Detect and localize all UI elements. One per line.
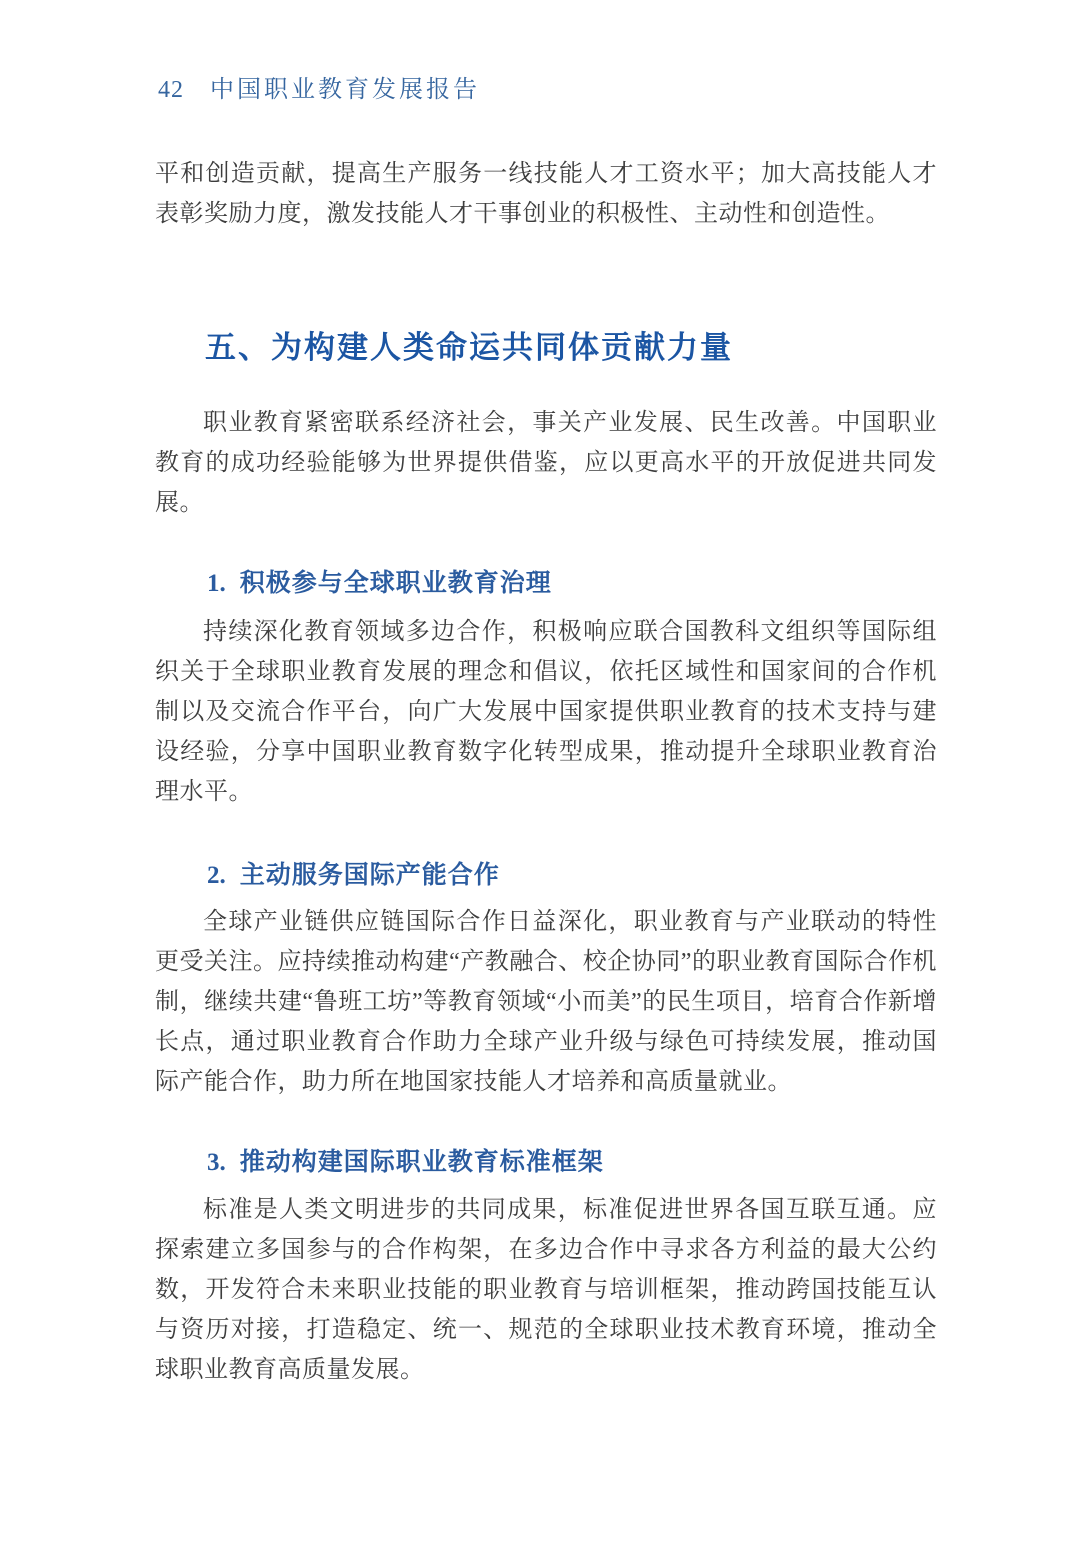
subsection-number-2: 2.: [207, 862, 226, 889]
running-head: 42 中国职业教育发展报告: [158, 76, 1080, 104]
subsection-heading-2: 2.主动服务国际产能合作: [207, 858, 937, 894]
document-page: 42 中国职业教育发展报告 平和创造贡献，提高生产服务一线技能人才工资水平；加大…: [0, 0, 1080, 1561]
subsection-body-2: 全球产业链供应链国际合作日益深化，职业教育与产业联动的特性更受关注。应持续推动构…: [155, 902, 937, 1102]
subsection-number-3: 3.: [207, 1149, 226, 1176]
subsection-title-2: 主动服务国际产能合作: [240, 862, 500, 889]
subsection-heading-1: 1.积极参与全球职业教育治理: [207, 566, 937, 602]
text-column: 平和创造贡献，提高生产服务一线技能人才工资水平；加大高技能人才表彰奖励力度，激发…: [155, 154, 937, 1390]
subsection-heading-3: 3.推动构建国际职业教育标准框架: [207, 1145, 937, 1181]
running-head-title: 中国职业教育发展报告: [210, 76, 480, 104]
section-intro-paragraph: 职业教育紧密联系经济社会，事关产业发展、民生改善。中国职业教育的成功经验能够为世…: [155, 403, 937, 523]
subsection-body-3: 标准是人类文明进步的共同成果，标准促进世界各国互联互通。应探索建立多国参与的合作…: [155, 1190, 937, 1390]
subsection-title-1: 积极参与全球职业教育治理: [240, 570, 552, 597]
subsection-title-3: 推动构建国际职业教育标准框架: [240, 1149, 604, 1176]
section-heading: 五、为构建人类命运共同体贡献力量: [205, 326, 937, 370]
page-number: 42: [158, 76, 184, 104]
subsection-body-1: 持续深化教育领域多边合作，积极响应联合国教科文组织等国际组织关于全球职业教育发展…: [155, 612, 937, 812]
subsection-number-1: 1.: [207, 570, 226, 597]
continuation-paragraph: 平和创造贡献，提高生产服务一线技能人才工资水平；加大高技能人才表彰奖励力度，激发…: [155, 154, 937, 234]
